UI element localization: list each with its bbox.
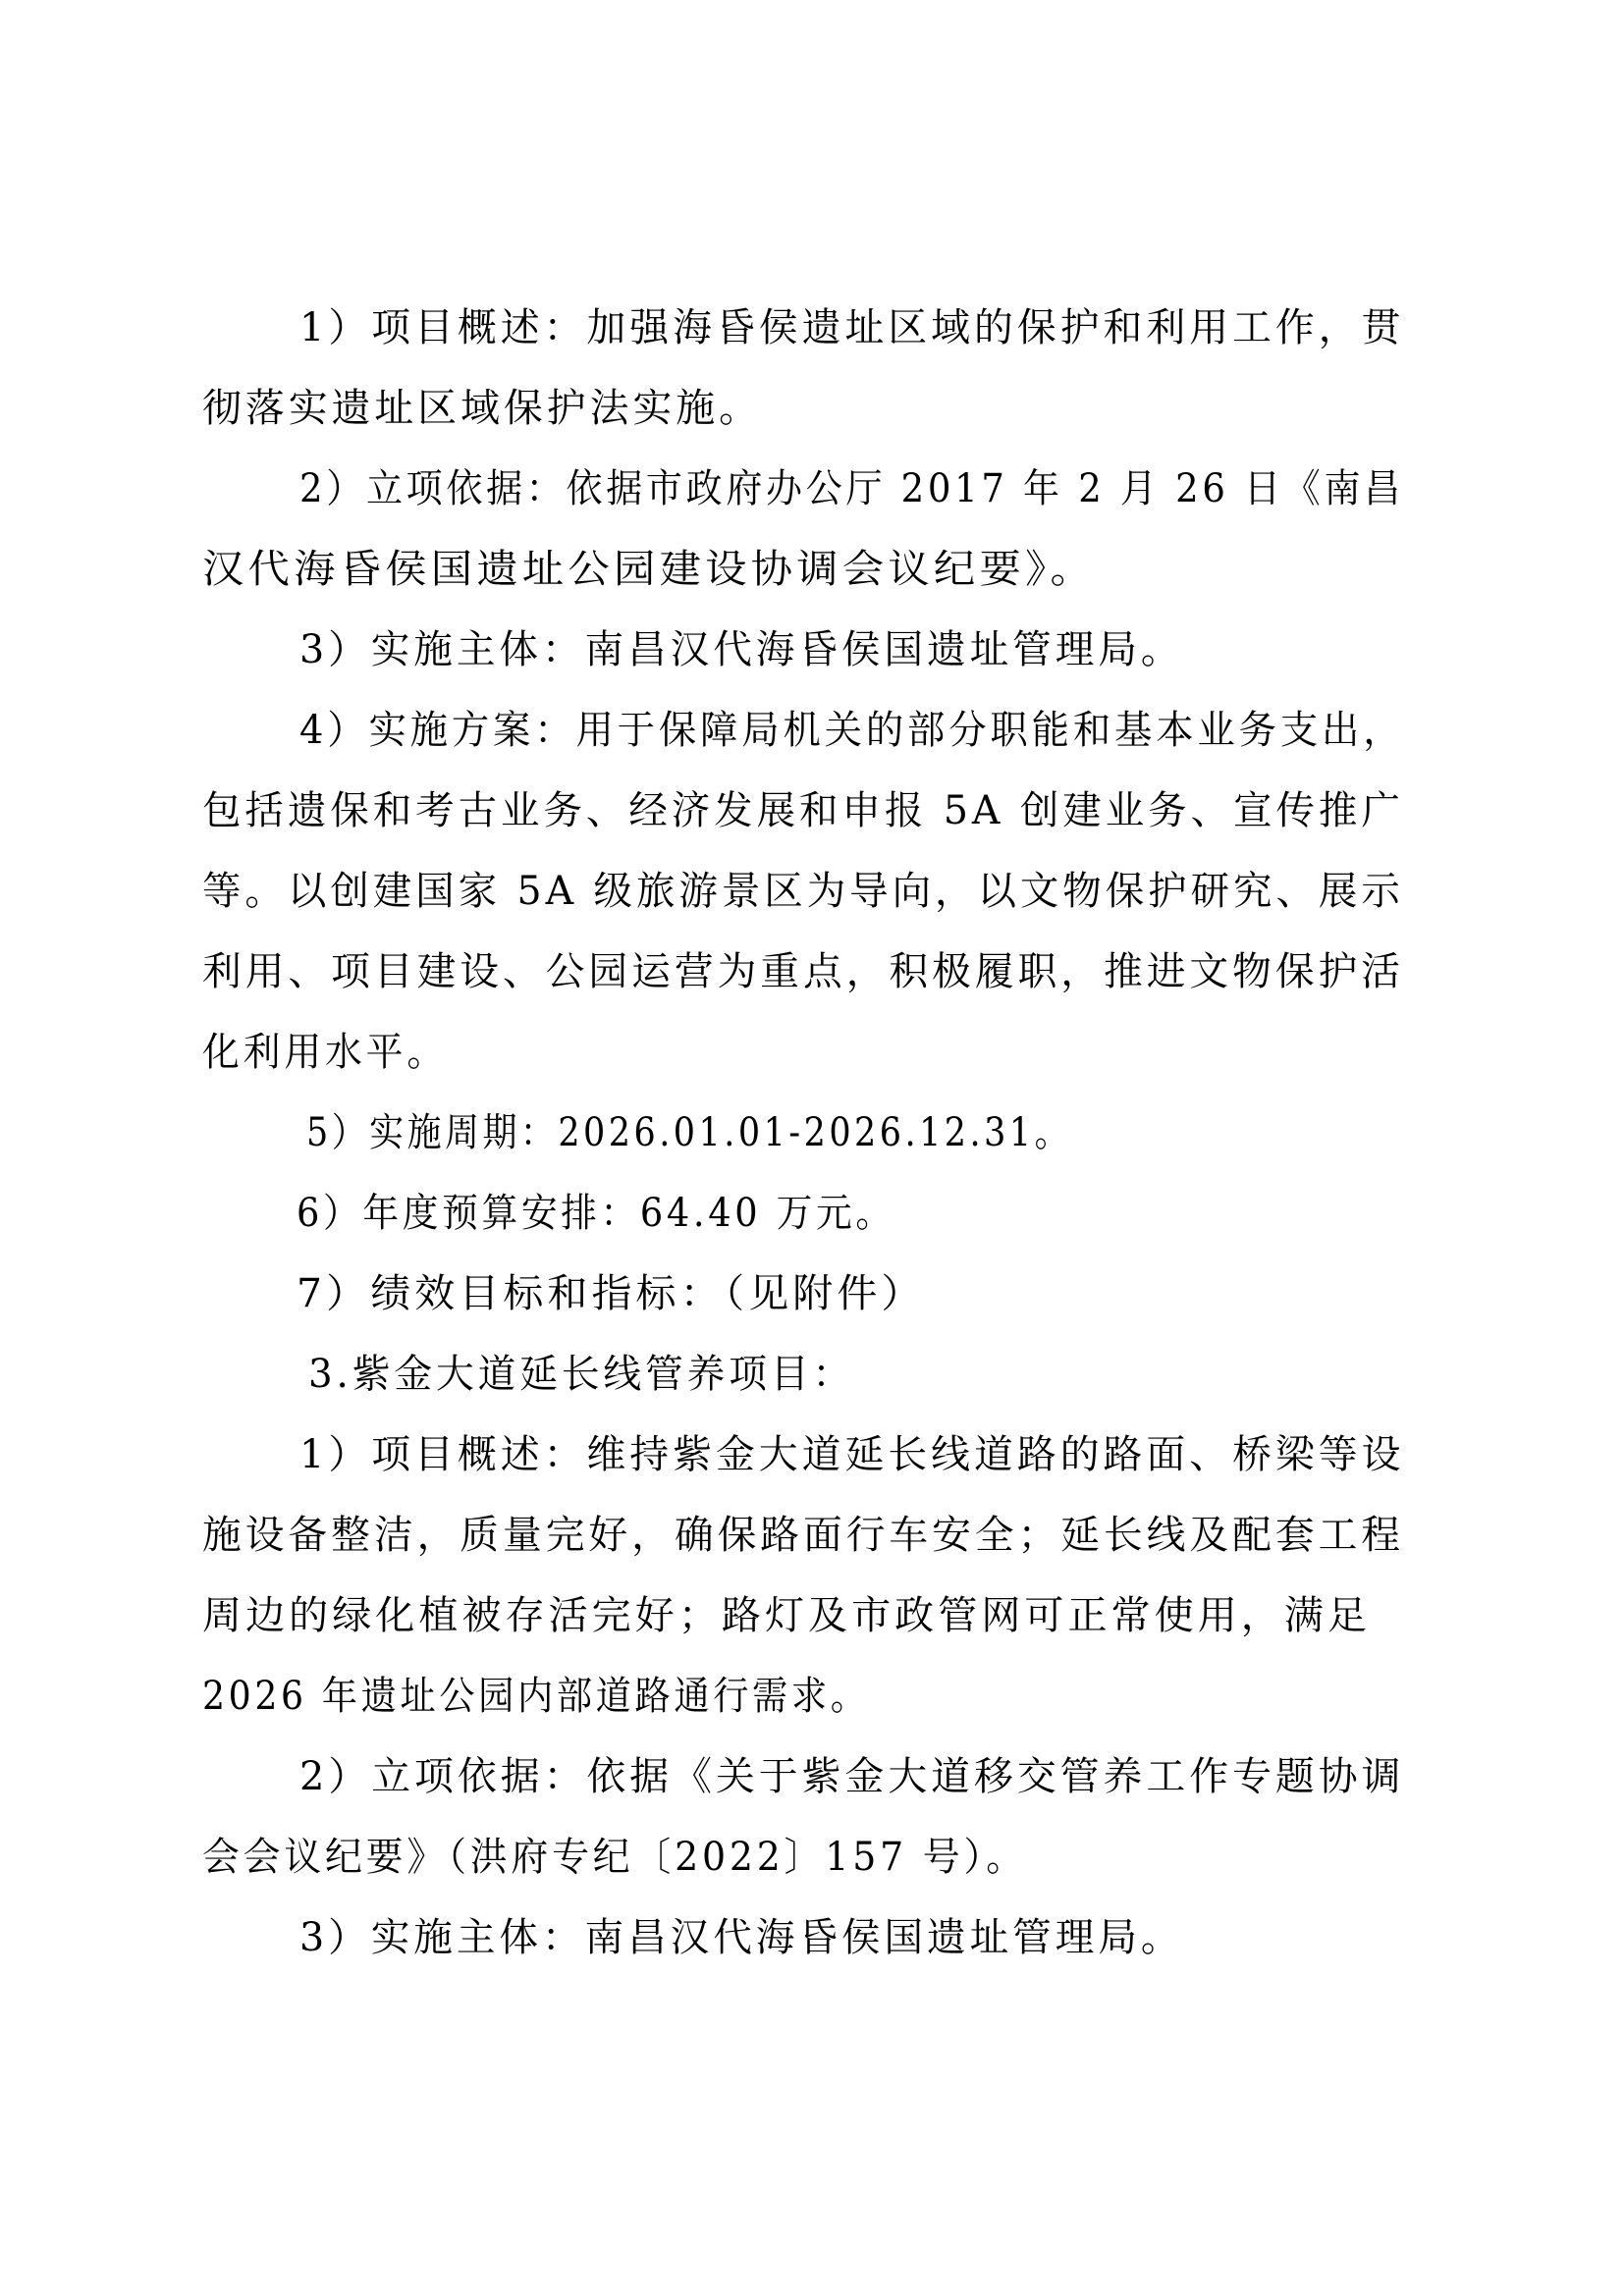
paragraph-line: 2026 年遗址公园内部道路通行需求。 <box>202 1673 870 1720</box>
paragraph-line: 等。以创建国家 5A 级旅游景区为导向，以文物保护研究、展示 <box>202 868 1404 915</box>
paragraph-line: 施设备整洁，质量完好，确保路面行车安全；延长线及配套工程 <box>202 1512 1404 1559</box>
section-heading: 3.紫金大道延长线管养项目： <box>308 1351 854 1398</box>
paragraph-line: 彻落实遗址区域保护法实施。 <box>202 385 762 432</box>
paragraph-line: 包括遗保和考古业务、经济发展和申报 5A 创建业务、宣传推广 <box>202 787 1404 834</box>
paragraph-line: 周边的绿化植被存活完好；路灯及市政管网可正常使用，满足 <box>202 1592 1371 1639</box>
paragraph-line: 3）实施主体：南昌汉代海昏侯国遗址管理局。 <box>299 1914 1183 1961</box>
paragraph-line: 1）项目概述：加强海昏侯遗址区域的保护和利用工作，贯 <box>299 304 1404 351</box>
paragraph-line: 1）项目概述：维持紫金大道延长线道路的路面、桥梁等设 <box>299 1431 1404 1478</box>
paragraph-line: 汉代海昏侯国遗址公园建设协调会议纪要》。 <box>202 546 1096 593</box>
paragraph-line: 7）绩效目标和指标：（见附件） <box>297 1270 925 1317</box>
paragraph-line: 会会议纪要》（洪府专纪〔2022〕157 号）。 <box>202 1834 1027 1881</box>
document-page: 1）项目概述：加强海昏侯遗址区域的保护和利用工作，贯 彻落实遗址区域保护法实施。… <box>0 0 1624 2296</box>
paragraph-line: 2）立项依据：依据市政府办公厅 2017 年 2 月 26 日《南昌 <box>299 465 1404 512</box>
paragraph-line: 利用、项目建设、公园运营为重点，积极履职，推进文物保护活 <box>202 948 1404 995</box>
paragraph-line: 5）实施周期：2026.01.01-2026.12.31。 <box>306 1109 1072 1156</box>
paragraph-line: 4）实施方案：用于保障局机关的部分职能和基本业务支出， <box>299 707 1404 754</box>
paragraph-line: 化利用水平。 <box>202 1029 448 1076</box>
paragraph-line: 6）年度预算安排：64.40 万元。 <box>297 1190 895 1237</box>
paragraph-line: 3）实施主体：南昌汉代海昏侯国遗址管理局。 <box>299 626 1183 673</box>
paragraph-line: 2）立项依据：依据《关于紫金大道移交管养工作专题协调 <box>299 1753 1404 1800</box>
